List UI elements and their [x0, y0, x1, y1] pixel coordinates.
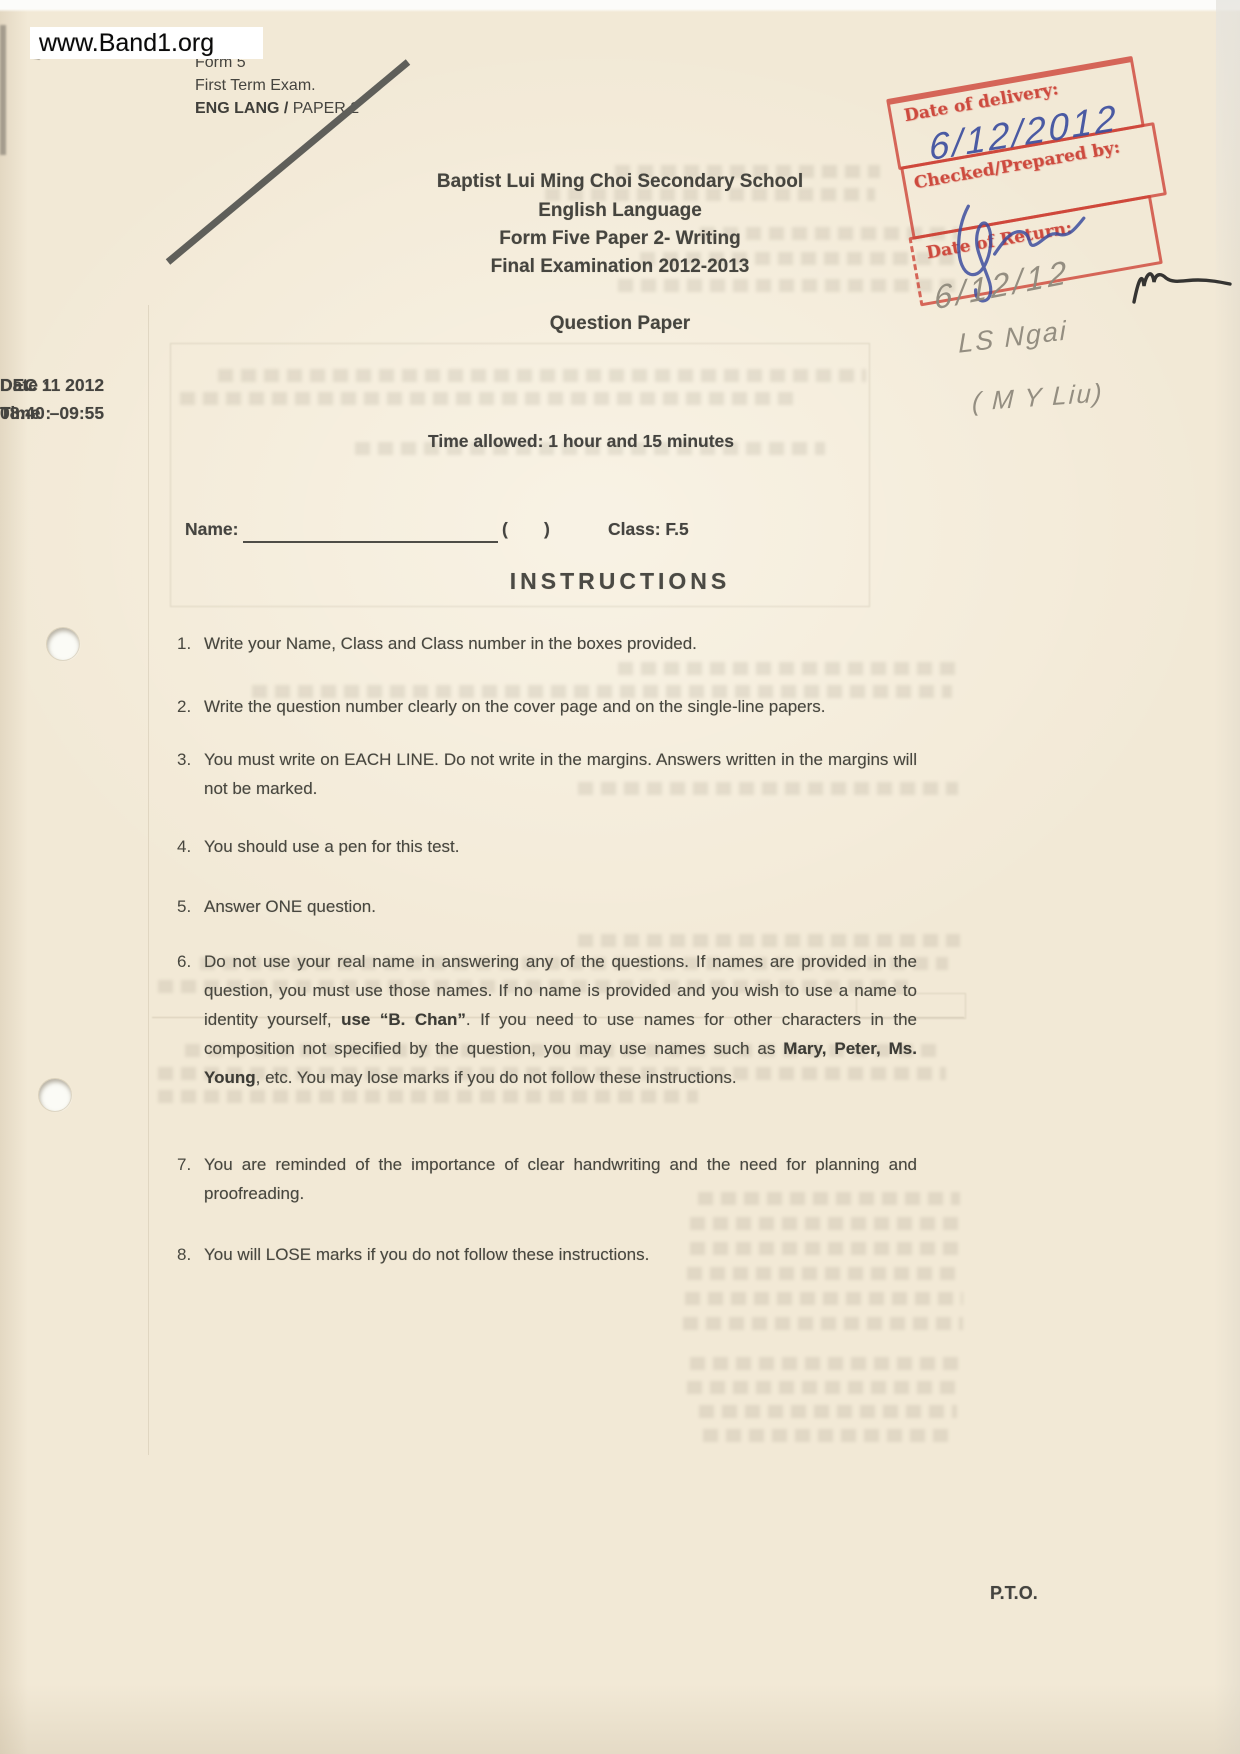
doc-type: Question Paper [320, 313, 920, 335]
bleedthrough-ghost [683, 1317, 963, 1330]
time-allowed: Time allowed: 1 hour and 15 minutes [428, 431, 734, 452]
item-text: You will LOSE marks if you do not follow… [177, 1240, 917, 1269]
item-seg-bold: use “B. Chan” [341, 1010, 466, 1029]
bleedthrough-ghost [218, 369, 866, 382]
item-number: 5. [177, 892, 191, 921]
item-text: Write the question number clearly on the… [177, 692, 917, 721]
item-text: You must write on EACH LINE. Do not writ… [177, 745, 917, 803]
item-text: Do not use your real name in answering a… [177, 947, 917, 1092]
item-text: You are reminded of the importance of cl… [177, 1150, 917, 1208]
item-number: 4. [177, 832, 191, 861]
item-text: Write your Name, Class and Class number … [177, 629, 917, 658]
pto-label: P.T.O. [990, 1583, 1038, 1604]
watermark-band1: www.Band1.org [30, 27, 263, 59]
bleedthrough-ghost [618, 279, 960, 292]
item-seg: , etc. You may lose marks if you do not … [256, 1068, 737, 1087]
time-value: 08:40 –09:55 [0, 403, 104, 424]
item-number: 2. [177, 692, 191, 721]
bleedthrough-ghost [687, 1381, 960, 1394]
instruction-item-2: 2. Write the question number clearly on … [177, 692, 917, 721]
bleedthrough-ghost [690, 1357, 960, 1370]
item-text: Answer ONE question. [177, 892, 917, 921]
instruction-item-5: 5. Answer ONE question. [177, 892, 917, 921]
bleedthrough-ghost [690, 1217, 962, 1230]
class-number-paren-close: ) [544, 519, 550, 540]
instruction-item-8: 8. You will LOSE marks if you do not fol… [177, 1240, 917, 1269]
instruction-item-1: 1. Write your Name, Class and Class numb… [177, 629, 917, 658]
bleedthrough-ghost [699, 1405, 957, 1418]
handwritten-name-liu: ( M Y Liu) [972, 377, 1105, 417]
paper-crease [148, 305, 149, 1455]
bleedthrough-ghost [703, 1429, 951, 1442]
instruction-item-4: 4. You should use a pen for this test. [177, 832, 917, 861]
instruction-item-3: 3. You must write on EACH LINE. Do not w… [177, 745, 917, 803]
name-label: Name: [185, 519, 239, 540]
hole-punch-top [47, 628, 79, 660]
instruction-item-7: 7. You are reminded of the importance of… [177, 1150, 917, 1208]
ink-scribble [1126, 256, 1236, 316]
class-label: Class: F.5 [608, 519, 689, 540]
hole-punch-bottom [39, 1079, 71, 1111]
diagonal-strike-line [140, 40, 440, 280]
scan-edge-artifact [0, 25, 6, 155]
bleedthrough-ghost [578, 934, 960, 947]
bleedthrough-ghost [618, 662, 958, 675]
item-number: 1. [177, 629, 191, 658]
item-number: 6. [177, 947, 191, 976]
bleedthrough-ghost [180, 392, 795, 405]
instructions-heading: INSTRUCTIONS [320, 568, 920, 595]
item-number: 8. [177, 1240, 191, 1269]
class-number-paren-open: ( [502, 519, 508, 540]
scanned-exam-cover-page: www.Band1.org Form 5 First Term Exam. EN… [0, 0, 1240, 1754]
item-text: You should use a pen for this test. [177, 832, 917, 861]
handwritten-name-ngai: LS Ngai [958, 315, 1068, 360]
date-value: DEC 11 2012 [0, 375, 104, 396]
item-number: 3. [177, 745, 191, 774]
instruction-item-6: 6. Do not use your real name in answerin… [177, 947, 917, 1092]
item-number: 7. [177, 1150, 191, 1179]
bleedthrough-ghost [685, 1292, 963, 1305]
